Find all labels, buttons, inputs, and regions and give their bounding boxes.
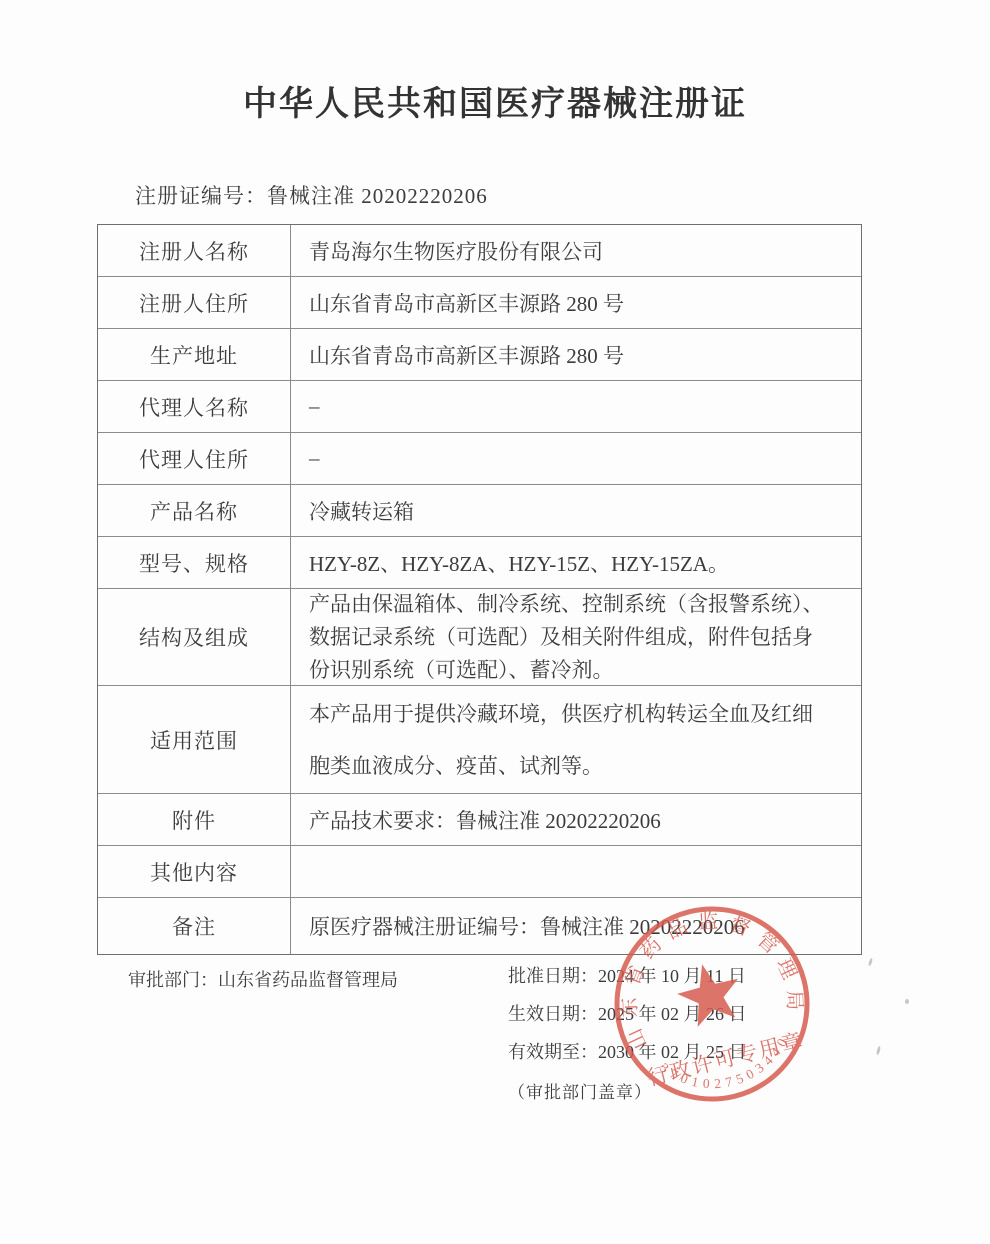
table-row-agent-name: 代理人名称 – (98, 381, 861, 433)
scan-speck (905, 999, 909, 1004)
expiry-date-value: 2030 年 02 月 25 日 (598, 1042, 747, 1062)
row-value: – (291, 433, 861, 484)
row-label: 注册人名称 (98, 225, 291, 276)
cert-number-line: 注册证编号：鲁械注准 20202220206 (135, 180, 488, 210)
approval-department-line: 审批部门：山东省药品监督管理局 (128, 966, 398, 992)
approval-date-label: 批准日期： (508, 966, 598, 986)
row-value: 本产品用于提供冷藏环境，供医疗机构转运全血及红细 胞类血液成分、疫苗、试剂等。 (291, 686, 861, 793)
expiry-date-label: 有效期至： (508, 1042, 598, 1062)
table-row-registrant-address: 注册人住所 山东省青岛市高新区丰源路 280 号 (98, 277, 861, 329)
row-label: 备注 (98, 898, 291, 954)
seal-note: （审批部门盖章） (508, 1078, 747, 1103)
approval-date-line: 批准日期：2024 年 10 月 11 日 (508, 962, 747, 1000)
certificate-table: 注册人名称 青岛海尔生物医疗股份有限公司 注册人住所 山东省青岛市高新区丰源路 … (97, 224, 862, 955)
certificate-page: 中华人民共和国医疗器械注册证 注册证编号：鲁械注准 20202220206 注册… (0, 0, 990, 1244)
table-row-product-name: 产品名称 冷藏转运箱 (98, 485, 861, 537)
certificate-title: 中华人民共和国医疗器械注册证 (0, 76, 990, 125)
cert-number-value: 鲁械注准 20202220206 (267, 184, 488, 208)
row-value: 产品由保温箱体、制冷系统、控制系统（含报警系统）、 数据记录系统（可选配）及相关… (291, 589, 861, 685)
row-value: 山东省青岛市高新区丰源路 280 号 (291, 329, 861, 380)
row-value: 青岛海尔生物医疗股份有限公司 (291, 225, 861, 276)
row-value: – (291, 381, 861, 432)
row-label: 产品名称 (98, 485, 291, 536)
row-value: 山东省青岛市高新区丰源路 280 号 (291, 277, 861, 328)
table-row-intended-use: 适用范围 本产品用于提供冷藏环境，供医疗机构转运全血及红细 胞类血液成分、疫苗、… (98, 686, 861, 794)
row-label: 其他内容 (98, 846, 291, 897)
row-label: 代理人名称 (98, 381, 291, 432)
approval-department-value: 山东省药品监督管理局 (218, 970, 398, 990)
effective-date-line: 生效日期：2025 年 02 月 26 日 (508, 1000, 747, 1038)
scan-speck (868, 958, 873, 967)
table-row-other-content: 其他内容 (98, 846, 861, 898)
table-row-structure: 结构及组成 产品由保温箱体、制冷系统、控制系统（含报警系统）、 数据记录系统（可… (98, 589, 861, 686)
row-label: 型号、规格 (98, 537, 291, 588)
row-value: HZY-8Z、HZY-8ZA、HZY-15Z、HZY-15ZA。 (291, 537, 861, 588)
table-row-model-spec: 型号、规格 HZY-8Z、HZY-8ZA、HZY-15Z、HZY-15ZA。 (98, 537, 861, 589)
approval-department-label: 审批部门： (128, 970, 218, 990)
row-value (291, 846, 861, 897)
row-label: 适用范围 (98, 686, 291, 793)
row-label: 生产地址 (98, 329, 291, 380)
approval-date-value: 2024 年 10 月 11 日 (598, 966, 746, 986)
table-row-attachment: 附件 产品技术要求：鲁械注准 20202220206 (98, 794, 861, 846)
scan-speck (876, 1046, 881, 1055)
table-row-agent-address: 代理人住所 – (98, 433, 861, 485)
date-block: 批准日期：2024 年 10 月 11 日 生效日期：2025 年 02 月 2… (508, 962, 747, 1103)
table-row-production-address: 生产地址 山东省青岛市高新区丰源路 280 号 (98, 329, 861, 381)
row-label: 代理人住所 (98, 433, 291, 484)
row-value: 冷藏转运箱 (291, 485, 861, 536)
table-row-remarks: 备注 原医疗器械注册证编号：鲁械注准 20202220206 (98, 898, 861, 954)
row-label: 附件 (98, 794, 291, 845)
cert-number-label: 注册证编号： (135, 184, 267, 208)
row-value: 产品技术要求：鲁械注准 20202220206 (291, 794, 861, 845)
effective-date-value: 2025 年 02 月 26 日 (598, 1004, 747, 1024)
table-row-registrant-name: 注册人名称 青岛海尔生物医疗股份有限公司 (98, 225, 861, 277)
row-label: 结构及组成 (98, 589, 291, 685)
row-label: 注册人住所 (98, 277, 291, 328)
row-value: 原医疗器械注册证编号：鲁械注准 20202220206 (291, 898, 861, 954)
effective-date-label: 生效日期： (508, 1004, 598, 1024)
expiry-date-line: 有效期至：2030 年 02 月 25 日 (508, 1038, 747, 1076)
